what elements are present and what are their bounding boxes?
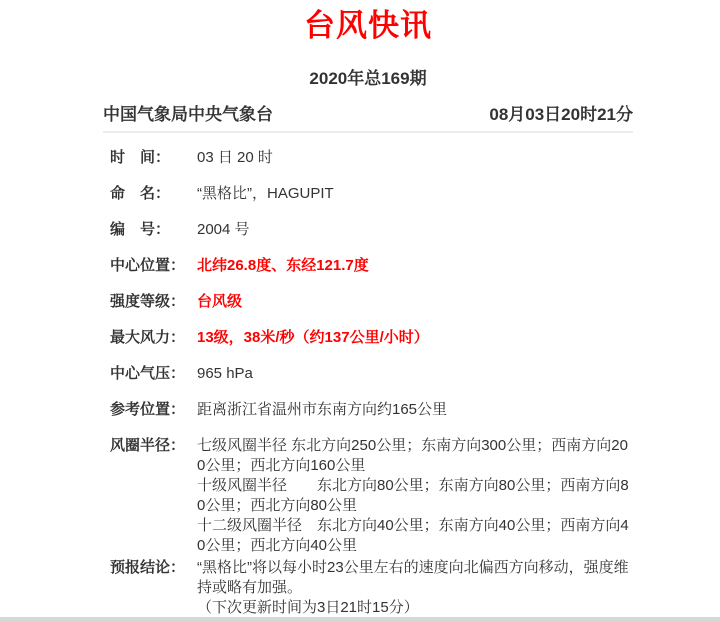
field-value-center-pressure: 965 hPa bbox=[197, 364, 633, 384]
field-value-reference-position: 距离浙江省温州市东南方向约165公里 bbox=[197, 400, 633, 420]
agency-name: 中国气象局中央气象台 bbox=[103, 104, 273, 126]
field-row-center-pressure: 中心气压： 965 hPa bbox=[103, 364, 633, 384]
typhoon-bulletin-page: 台风快讯 2020年总169期 中国气象局中央气象台 08月03日20时21分 … bbox=[103, 8, 633, 618]
field-value-max-wind: 13级，38米/秒（约137公里/小时） bbox=[197, 328, 633, 348]
field-row-wind-circle-radius: 风圈半径： 七级风圈半径 东北方向250公里；东南方向300公里；西南方向200… bbox=[103, 436, 633, 556]
field-value-number: 2004 号 bbox=[197, 220, 633, 240]
field-label-reference-position: 参考位置： bbox=[103, 400, 197, 420]
field-row-center-position: 中心位置： 北纬26.8度、东经121.7度 bbox=[103, 256, 633, 276]
field-value-name: “黑格比”，HAGUPIT bbox=[197, 184, 633, 204]
field-value-center-position: 北纬26.8度、东经121.7度 bbox=[197, 256, 633, 276]
field-label-max-wind: 最大风力： bbox=[103, 328, 197, 348]
field-label-center-position: 中心位置： bbox=[103, 256, 197, 276]
field-value-forecast-conclusion: “黑格比”将以每小时23公里左右的速度向北偏西方向移动，强度维持或略有加强。 （… bbox=[197, 558, 633, 618]
field-row-time: 时 间： 03 日 20 时 bbox=[103, 148, 633, 168]
field-value-time: 03 日 20 时 bbox=[197, 148, 633, 168]
horizontal-scrollbar[interactable] bbox=[0, 617, 720, 622]
page-title: 台风快讯 bbox=[103, 8, 633, 44]
field-row-max-wind: 最大风力： 13级，38米/秒（约137公里/小时） bbox=[103, 328, 633, 348]
field-label-center-pressure: 中心气压： bbox=[103, 364, 197, 384]
field-row-reference-position: 参考位置： 距离浙江省温州市东南方向约165公里 bbox=[103, 400, 633, 420]
field-row-intensity-level: 强度等级： 台风级 bbox=[103, 292, 633, 312]
issue-datetime: 08月03日20时21分 bbox=[489, 104, 633, 126]
field-row-name: 命 名： “黑格比”，HAGUPIT bbox=[103, 184, 633, 204]
field-label-forecast-conclusion: 预报结论： bbox=[103, 558, 197, 578]
header-row: 中国气象局中央气象台 08月03日20时21分 bbox=[103, 104, 633, 133]
field-label-number: 编 号： bbox=[103, 220, 197, 240]
field-row-number: 编 号： 2004 号 bbox=[103, 220, 633, 240]
field-list: 时 间： 03 日 20 时 命 名： “黑格比”，HAGUPIT 编 号： 2… bbox=[103, 148, 633, 618]
field-row-forecast-conclusion: 预报结论： “黑格比”将以每小时23公里左右的速度向北偏西方向移动，强度维持或略… bbox=[103, 558, 633, 618]
field-value-intensity-level: 台风级 bbox=[197, 292, 633, 312]
field-value-wind-circle-radius: 七级风圈半径 东北方向250公里；东南方向300公里；西南方向200公里；西北方… bbox=[197, 436, 633, 556]
field-label-wind-circle-radius: 风圈半径： bbox=[103, 436, 197, 456]
field-label-name: 命 名： bbox=[103, 184, 197, 204]
field-label-intensity-level: 强度等级： bbox=[103, 292, 197, 312]
field-label-time: 时 间： bbox=[103, 148, 197, 168]
issue-number: 2020年总169期 bbox=[103, 68, 633, 90]
